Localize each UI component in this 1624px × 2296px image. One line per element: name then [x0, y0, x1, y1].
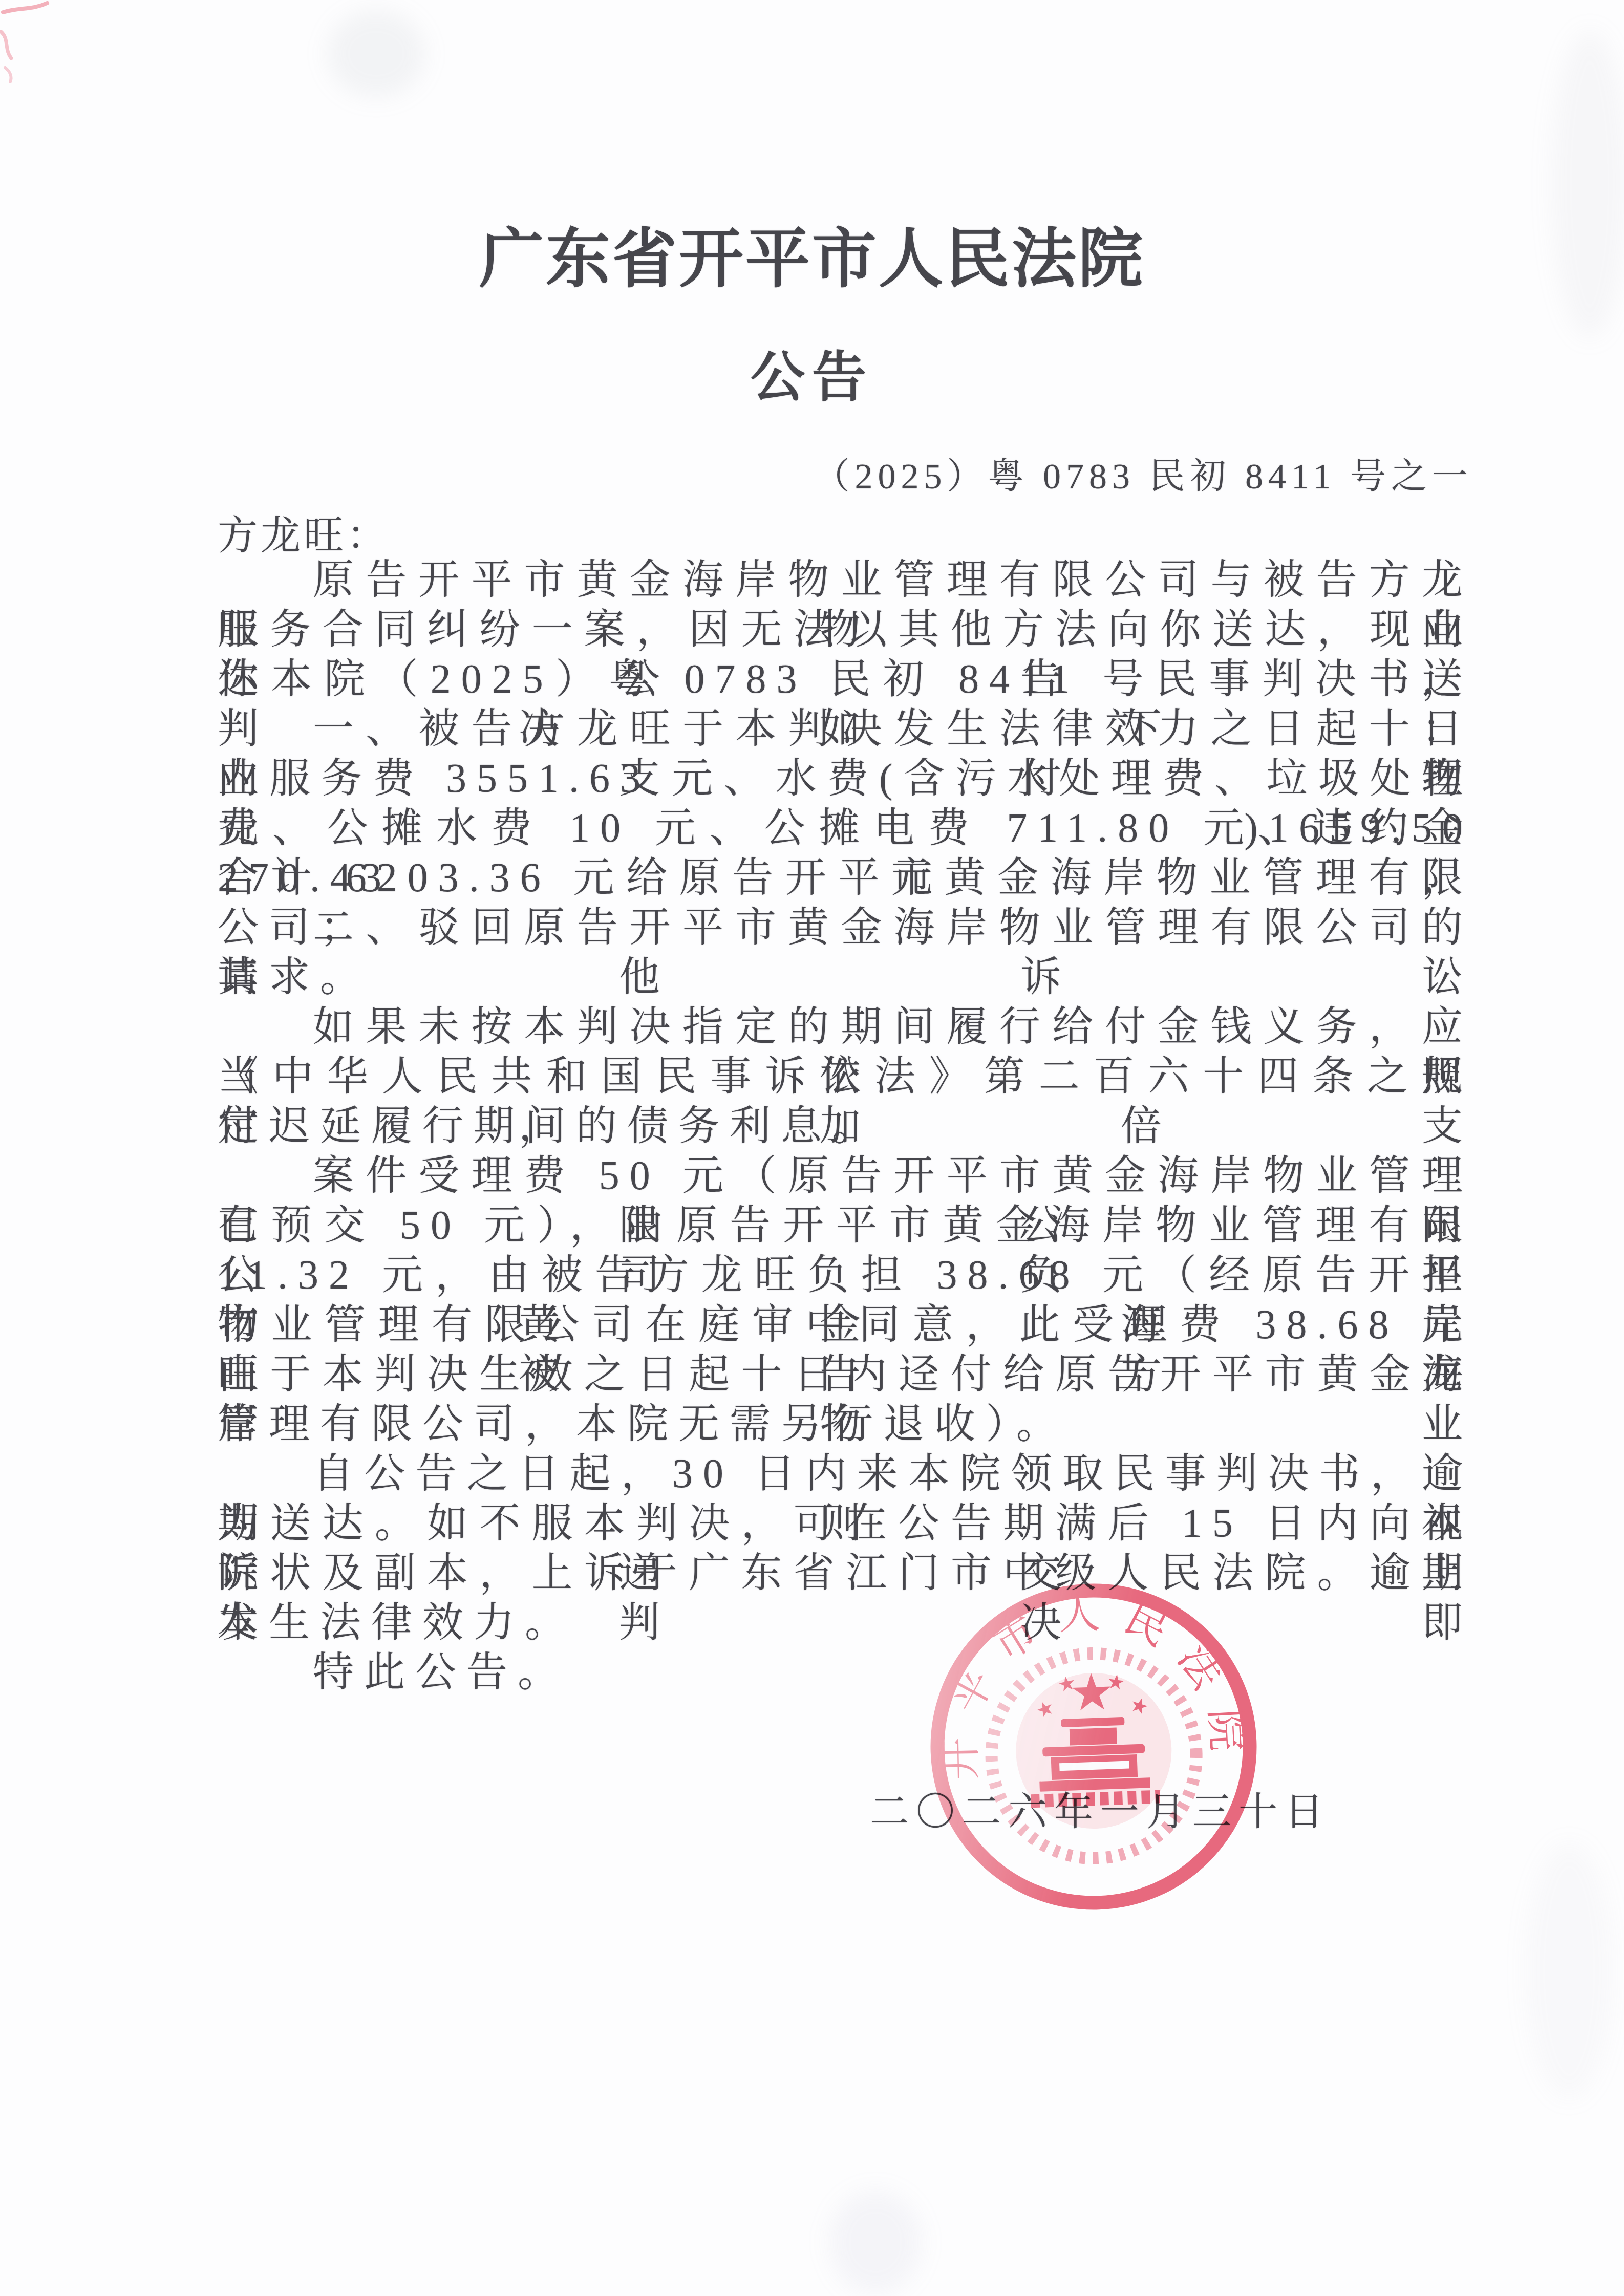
body-line: 二、驳回原告开平市黄金海岸物业管理有限公司的其他诉讼	[218, 903, 1473, 953]
body-line: 元、公摊水费 10 元、公摊电费 711.80 元、违约金 270.43 元，	[218, 804, 1473, 853]
body-line: 业服务费 3551.63 元、水费(含污水处理费、垃圾处理费)1659.50	[218, 754, 1473, 804]
body-line: 自公告之日起，30 日内来本院领取民事判决书，逾期则视	[218, 1449, 1473, 1499]
court-seal: 开平市人民法院	[913, 1567, 1273, 1926]
body-line: 特此公告。	[218, 1648, 1473, 1698]
body-line: 达本院（2025）粤 0783 民初 8411 号民事判决书，判决如下：	[218, 655, 1473, 704]
body-line: 如果未按本判决指定的期间履行给付金钱义务，应当依照	[218, 1002, 1473, 1052]
body-line: 一、被告方龙旺于本判决发生法律效力之日起十日内支付物	[218, 704, 1473, 754]
case-number: （2025）粤 0783 民初 8411 号之一	[218, 447, 1473, 499]
red-pen-marks	[0, 0, 82, 87]
scan-smudge	[1526, 1843, 1613, 2099]
body-line: 原告开平市黄金海岸物业管理有限公司与被告方龙旺物业	[218, 555, 1473, 605]
issue-date: 二〇二六年一月三十日	[218, 1780, 1473, 1836]
body-line: 已预交 50 元），由原告开平市黄金海岸物业管理有限公司负担	[218, 1201, 1473, 1251]
body-line: 案件受理费 50 元（原告开平市黄金海岸物业管理有限公司	[218, 1151, 1473, 1201]
announcement-page: 广东省开平市人民法院 公告 （2025）粤 0783 民初 8411 号之一 方…	[0, 0, 1624, 2296]
body-line: 服务合同纠纷一案，因无法以其他方法向你送达，现向你公告送	[218, 605, 1473, 655]
body-line: 合计 6203.36 元给原告开平市黄金海岸物业管理有限公司；	[218, 853, 1473, 903]
body-line: 《中华人民共和国民事诉讼法》第二百六十四条之规定，加倍支	[218, 1052, 1473, 1102]
scan-smudge	[829, 2191, 922, 2293]
body-line: 为送达。如不服本判决，可在公告期满后 15 日内向本院递交上	[218, 1499, 1473, 1549]
body-line: 诉状及副本，上诉于广东省江门市中级人民法院。逾期本判决即	[218, 1549, 1473, 1598]
body-line: 11.32 元，由被告方龙旺负担 38.68 元（经原告开平市黄金海岸	[218, 1251, 1473, 1300]
addressee-line: 方龙旺：	[218, 504, 1473, 561]
doc-type-heading: 公告	[0, 334, 1624, 412]
body-line: 物业管理有限公司在庭审中同意，此受理费 38.68 元由被告方龙	[218, 1300, 1473, 1350]
announcement-body: 原告开平市黄金海岸物业管理有限公司与被告方龙旺物业服务合同纠纷一案，因无法以其他…	[218, 555, 1473, 1698]
scan-smudge	[328, 10, 425, 97]
court-name-title: 广东省开平市人民法院	[0, 223, 1624, 297]
national-emblem-icon	[988, 1650, 1200, 1862]
body-line: 旺于本判决生效之日起十日内迳付给原告开平市黄金海岸物业	[218, 1350, 1473, 1400]
